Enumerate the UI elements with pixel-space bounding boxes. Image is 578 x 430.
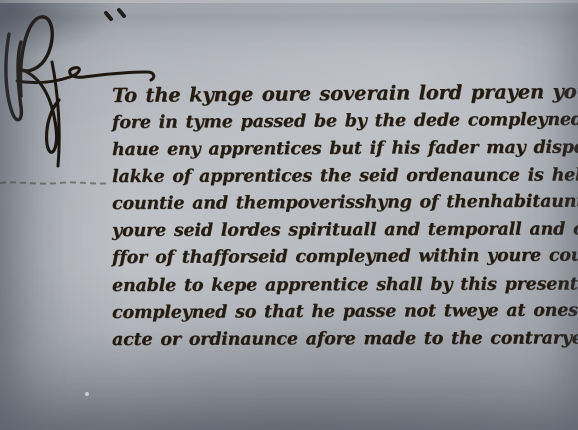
text-line: To the kynge oure soverain lord prayen y… (112, 78, 578, 107)
text-line: countie and thempoverisshyng of thenhabi… (112, 191, 578, 214)
manuscript-page: To the kynge oure soverain lord prayen y… (0, 0, 578, 430)
text-line: compleyned so that he passe not tweye at… (112, 300, 578, 323)
text-line: lakke of apprentices the seid ordenaunce… (112, 165, 578, 187)
text-line: haue eny apprentices but if his fader ma… (112, 137, 578, 160)
text-line: fore in tyme passed be by the dede compl… (112, 108, 578, 133)
petition-text-block: To the kynge oure soverain lord prayen y… (0, 0, 578, 430)
text-line: youre seid lordes spirituall and tempora… (112, 219, 578, 241)
paper-speck (85, 392, 89, 396)
text-line: enable to kepe apprentice shall by this … (112, 274, 578, 296)
text-line: ffor of thafforseid compleyned within yo… (112, 245, 578, 268)
text-line: acte or ordinaunce afore made to the con… (112, 328, 578, 350)
